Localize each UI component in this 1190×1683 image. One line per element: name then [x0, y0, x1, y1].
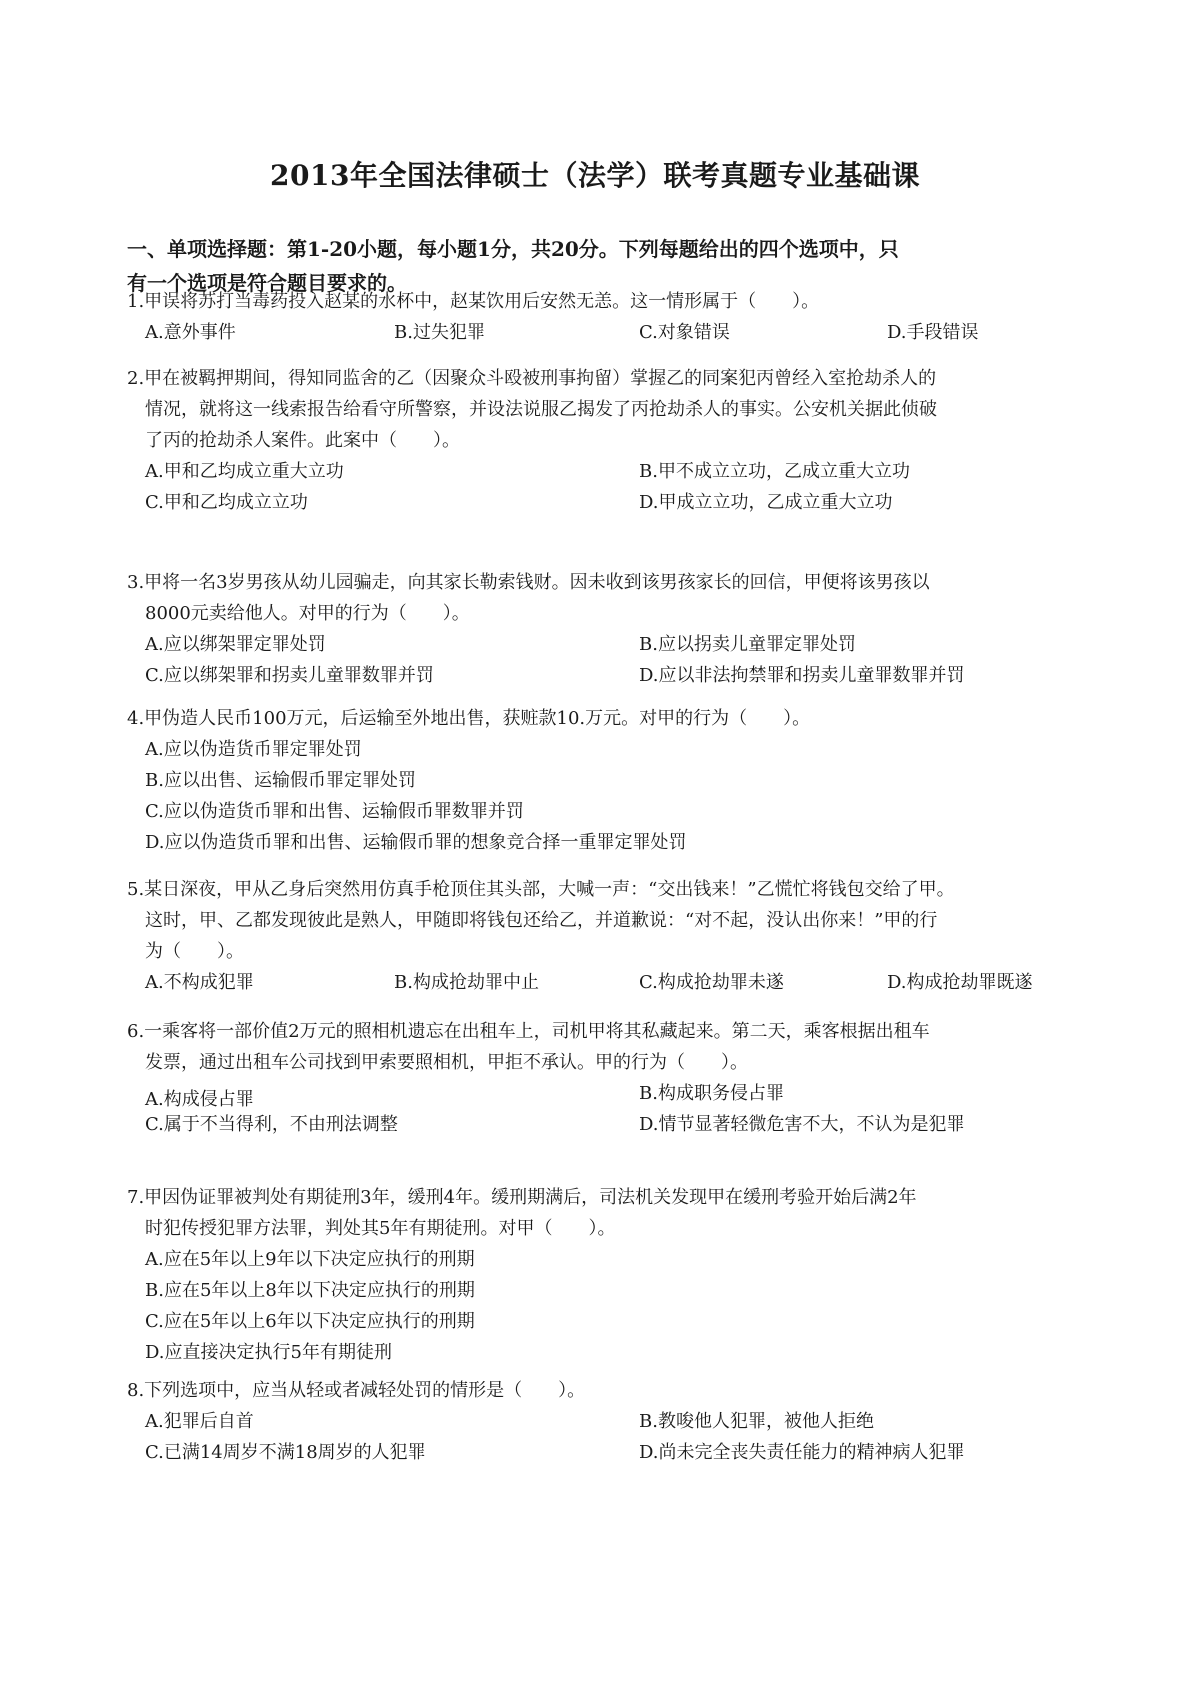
option-a: A.犯罪后自首: [145, 1406, 254, 1437]
question-stem-line: 6.一乘客将一部价值2万元的照相机遗忘在出租车上，司机甲将其私藏起来。第二天，乘…: [127, 1016, 1072, 1047]
question-stem: 4.甲伪造人民币100万元，后运输至外地出售，获赃款10.万元。对甲的行为（ ）…: [127, 703, 1072, 734]
option-c: C.应以伪造货币罪和出售、运输假币罪数罪并罚: [127, 796, 1072, 827]
option-d: D.构成抢劫罪既遂: [887, 967, 1033, 998]
option-d: D.应直接决定执行5年有期徒刑: [127, 1337, 1072, 1368]
options-row: A.甲和乙均成立重大立功 B.甲不成立立功，乙成立重大立功: [127, 456, 1072, 487]
question-4: 4.甲伪造人民币100万元，后运输至外地出售，获赃款10.万元。对甲的行为（ ）…: [127, 703, 1072, 858]
option-a: A.应以绑架罪定罪处罚: [145, 629, 326, 660]
question-5: 5.某日深夜，甲从乙身后突然用仿真手枪顶住其头部，大喊一声：“交出钱来！”乙慌忙…: [127, 874, 1072, 998]
options-row: A.应以绑架罪定罪处罚 B.应以拐卖儿童罪定罪处罚: [127, 629, 1072, 660]
options-row: C.已满14周岁不满18周岁的人犯罪 D.尚未完全丧失责任能力的精神病人犯罪: [127, 1437, 1072, 1468]
option-d: D.情节显著轻微危害不大，不认为是犯罪: [639, 1109, 965, 1140]
option-c: C.属于不当得利，不由刑法调整: [145, 1109, 398, 1140]
options-row: C.属于不当得利，不由刑法调整 D.情节显著轻微危害不大，不认为是犯罪: [127, 1109, 1072, 1140]
options-row: A.犯罪后自首 B.教唆他人犯罪，被他人拒绝: [127, 1406, 1072, 1437]
option-c: C.甲和乙均成立立功: [145, 487, 308, 518]
options-row: A.不构成犯罪 B.构成抢劫罪中止 C.构成抢劫罪未遂 D.构成抢劫罪既遂: [127, 967, 1072, 998]
option-c: C.对象错误: [639, 317, 730, 348]
question-stem-line: 2.甲在被羁押期间，得知同监舍的乙（因聚众斗殴被刑事拘留）掌握乙的同案犯丙曾经入…: [127, 363, 1072, 394]
question-7: 7.甲因伪证罪被判处有期徒刑3年，缓刑4年。缓刑期满后，司法机关发现甲在缓刑考验…: [127, 1182, 1072, 1368]
option-b: B.构成职务侵占罪: [639, 1078, 784, 1109]
question-2: 2.甲在被羁押期间，得知同监舍的乙（因聚众斗殴被刑事拘留）掌握乙的同案犯丙曾经入…: [127, 363, 1072, 518]
option-d: D.应以伪造货币罪和出售、运输假币罪的想象竞合择一重罪定罪处罚: [127, 827, 1072, 858]
options-row: C.应以绑架罪和拐卖儿童罪数罪并罚 D.应以非法拘禁罪和拐卖儿童罪数罪并罚: [127, 660, 1072, 691]
options-row: A.构成侵占罪 B.构成职务侵占罪: [127, 1080, 1072, 1111]
section-heading-line-1: 一、单项选择题：第1-20小题，每小题1分，共20分。下列每题给出的四个选项中，…: [127, 232, 1062, 266]
option-c: C.已满14周岁不满18周岁的人犯罪: [145, 1437, 426, 1468]
question-stem-line: 时犯传授犯罪方法罪，判处其5年有期徒刑。对甲（ ）。: [127, 1213, 1072, 1244]
option-d: D.应以非法拘禁罪和拐卖儿童罪数罪并罚: [639, 660, 965, 691]
question-stem-line: 情况，就将这一线索报告给看守所警察，并设法说服乙揭发了丙抢劫杀人的事实。公安机关…: [127, 394, 1072, 425]
question-8: 8.下列选项中，应当从轻或者减轻处罚的情形是（ ）。 A.犯罪后自首 B.教唆他…: [127, 1375, 1072, 1468]
question-6: 6.一乘客将一部价值2万元的照相机遗忘在出租车上，司机甲将其私藏起来。第二天，乘…: [127, 1016, 1072, 1140]
question-stem-line: 3.甲将一名3岁男孩从幼儿园骗走，向其家长勒索钱财。因未收到该男孩家长的回信，甲…: [127, 567, 1072, 598]
option-b: B.构成抢劫罪中止: [394, 967, 539, 998]
options-row: C.甲和乙均成立立功 D.甲成立立功，乙成立重大立功: [127, 487, 1072, 518]
question-stem-line: 8000元卖给他人。对甲的行为（ ）。: [127, 598, 1072, 629]
option-b: B.应以拐卖儿童罪定罪处罚: [639, 629, 856, 660]
option-a: A.不构成犯罪: [145, 967, 254, 998]
option-b: B.应在5年以上8年以下决定应执行的刑期: [127, 1275, 1072, 1306]
question-1: 1.甲误将苏打当毒药投入赵某的水杯中，赵某饮用后安然无恙。这一情形属于（ ）。 …: [127, 286, 1072, 348]
option-d: D.尚未完全丧失责任能力的精神病人犯罪: [639, 1437, 965, 1468]
page-title: 2013年全国法律硕士（法学）联考真题专业基础课: [0, 154, 1190, 194]
question-stem-line: 这时，甲、乙都发现彼此是熟人，甲随即将钱包还给乙，并道歉说：“对不起，没认出你来…: [127, 905, 1072, 936]
question-stem-line: 7.甲因伪证罪被判处有期徒刑3年，缓刑4年。缓刑期满后，司法机关发现甲在缓刑考验…: [127, 1182, 1072, 1213]
option-a: A.甲和乙均成立重大立功: [145, 456, 344, 487]
question-stem-line: 为（ ）。: [127, 936, 1072, 967]
option-a: A.应在5年以上9年以下决定应执行的刑期: [127, 1244, 1072, 1275]
question-stem-line: 了丙的抢劫杀人案件。此案中（ ）。: [127, 425, 1072, 456]
question-stem: 1.甲误将苏打当毒药投入赵某的水杯中，赵某饮用后安然无恙。这一情形属于（ ）。: [127, 286, 1072, 317]
option-b: B.甲不成立立功，乙成立重大立功: [639, 456, 910, 487]
exam-page: 2013年全国法律硕士（法学）联考真题专业基础课 一、单项选择题：第1-20小题…: [0, 0, 1190, 1683]
option-c: C.构成抢劫罪未遂: [639, 967, 784, 998]
option-d: D.手段错误: [887, 317, 979, 348]
question-3: 3.甲将一名3岁男孩从幼儿园骗走，向其家长勒索钱财。因未收到该男孩家长的回信，甲…: [127, 567, 1072, 691]
option-b: B.教唆他人犯罪，被他人拒绝: [639, 1406, 874, 1437]
option-a: A.应以伪造货币罪定罪处罚: [127, 734, 1072, 765]
options-row: A.意外事件 B.过失犯罪 C.对象错误 D.手段错误: [127, 317, 1072, 348]
question-stem-line: 发票，通过出租车公司找到甲索要照相机，甲拒不承认。甲的行为（ ）。: [127, 1047, 1072, 1078]
option-a: A.意外事件: [145, 317, 236, 348]
option-b: B.过失犯罪: [394, 317, 485, 348]
option-b: B.应以出售、运输假币罪定罪处罚: [127, 765, 1072, 796]
question-stem: 8.下列选项中，应当从轻或者减轻处罚的情形是（ ）。: [127, 1375, 1072, 1406]
question-stem-line: 5.某日深夜，甲从乙身后突然用仿真手枪顶住其头部，大喊一声：“交出钱来！”乙慌忙…: [127, 874, 1072, 905]
option-c: C.应以绑架罪和拐卖儿童罪数罪并罚: [145, 660, 434, 691]
option-d: D.甲成立立功，乙成立重大立功: [639, 487, 893, 518]
option-c: C.应在5年以上6年以下决定应执行的刑期: [127, 1306, 1072, 1337]
